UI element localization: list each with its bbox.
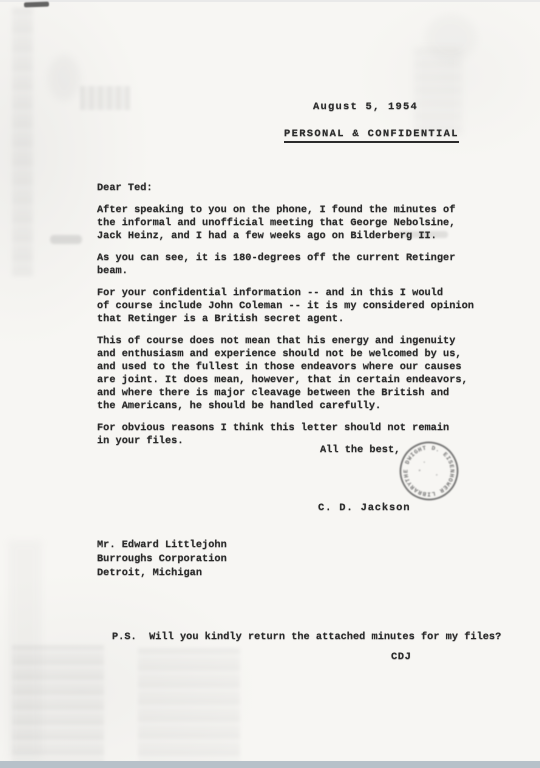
classification-heading: PERSONAL & CONFIDENTIAL [284, 128, 459, 143]
recipient-company: Burroughs Corporation [97, 552, 227, 566]
recipient-name: Mr. Edward Littlejohn [97, 538, 227, 552]
sender-initials: CDJ [391, 651, 411, 663]
scan-ghost-text [12, 645, 104, 763]
scan-smudge [80, 86, 130, 110]
scan-smudge [414, 48, 462, 136]
scan-mark-top-left [24, 2, 49, 8]
scan-ghost-text [138, 648, 240, 762]
signature-name: C. D. Jackson [318, 502, 410, 514]
recipient-city: Detroit, Michigan [97, 566, 227, 580]
scan-streak-left-lower [8, 540, 42, 760]
paragraph-2: As you can see, it is 180-degrees off th… [97, 252, 489, 278]
postscript: P.S. Will you kindly return the attached… [112, 631, 501, 643]
paragraph-4: This of course does not mean that his en… [97, 335, 489, 413]
salutation: Dear Ted: [97, 182, 489, 195]
scanned-letter-page: August 5, 1954 PERSONAL & CONFIDENTIAL D… [0, 0, 540, 768]
paragraph-1: After speaking to you on the phone, I fo… [97, 204, 489, 243]
scan-smudge [425, 14, 477, 62]
scan-smudge [50, 235, 82, 244]
paragraph-3: For your confidential information -- and… [97, 287, 489, 326]
scan-bottom-edge-bar [0, 761, 540, 768]
scan-streak-left [12, 8, 33, 276]
scan-edge-strip [0, 0, 540, 2]
letter-body: Dear Ted: After speaking to you on the p… [97, 173, 489, 448]
recipient-address: Mr. Edward Littlejohn Burroughs Corporat… [97, 538, 227, 580]
letter-date: August 5, 1954 [313, 101, 418, 113]
scan-smudge [48, 55, 80, 101]
